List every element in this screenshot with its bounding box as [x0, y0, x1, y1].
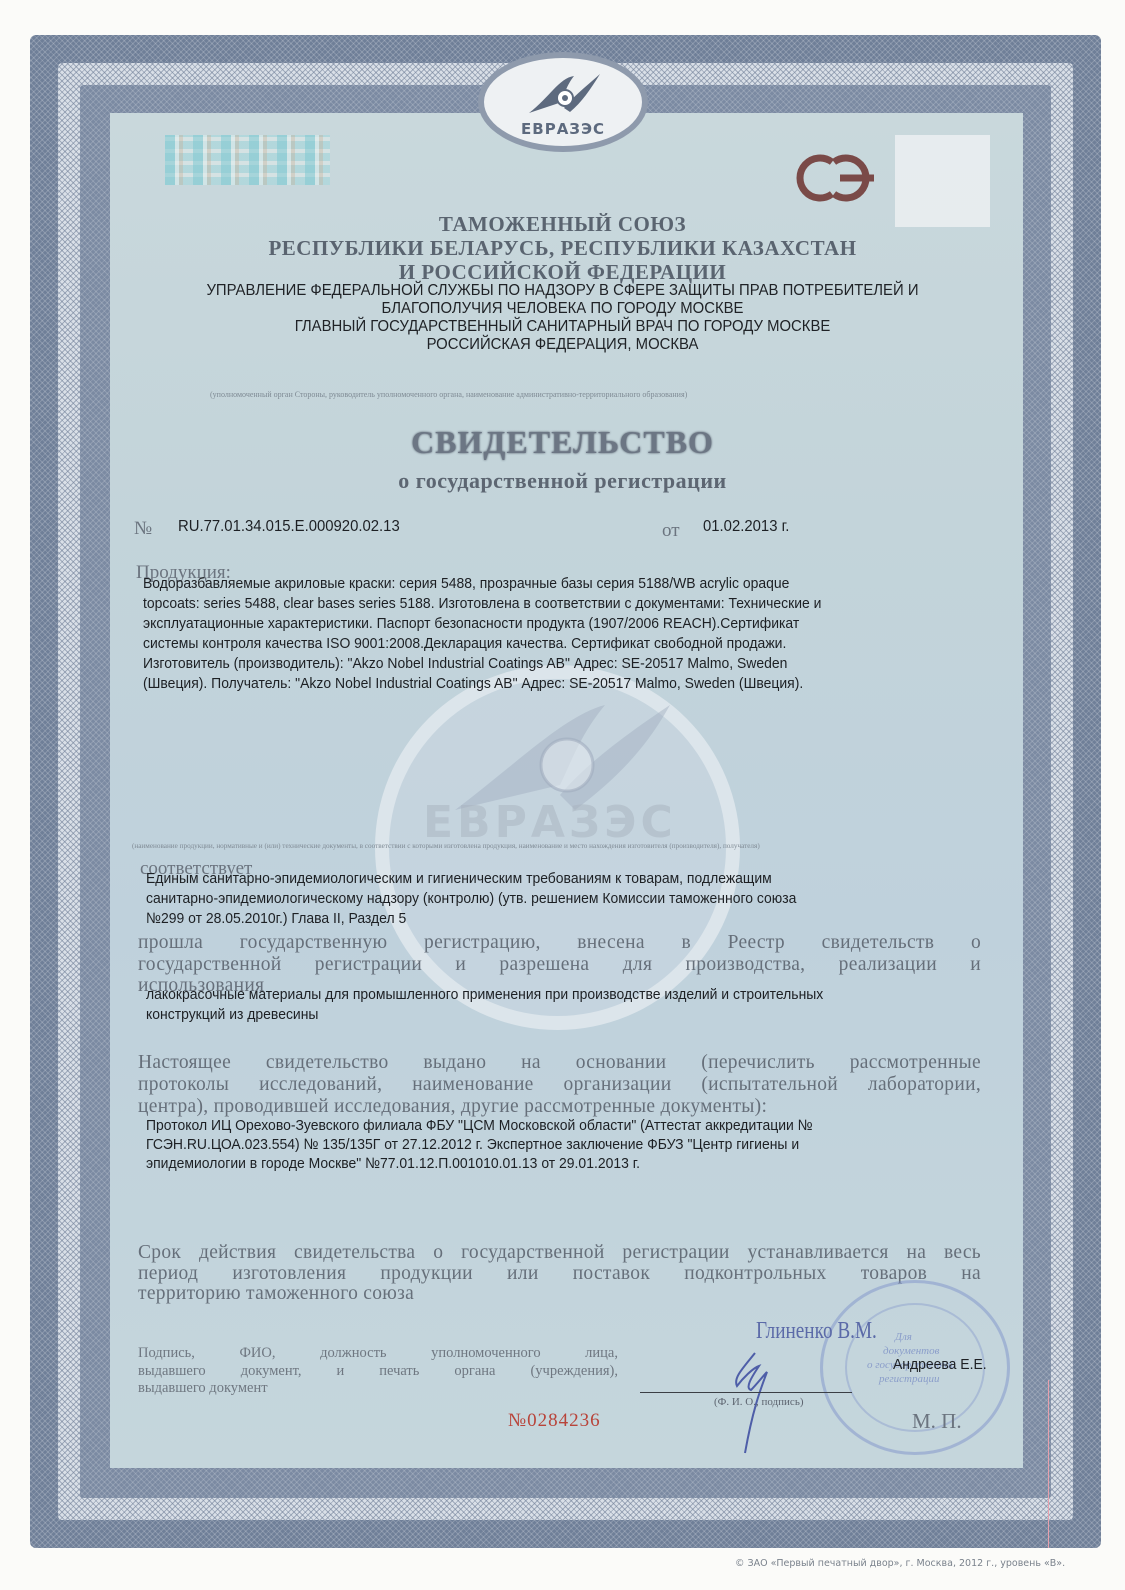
authority-caption: (уполномоченный орган Стороны, руководит… [210, 390, 687, 399]
registration-date: 01.02.2013 г. [703, 518, 789, 536]
basis-line-2: протоколы исследований, наименование орг… [138, 1074, 981, 1096]
certificate-title: СВИДЕТЕЛЬСТВО [0, 424, 1125, 461]
signature-label-line-1: Подпись, ФИО, должность уполномоченного … [138, 1345, 618, 1362]
authority-line-1: УПРАВЛЕНИЕ ФЕДЕРАЛЬНОЙ СЛУЖБЫ ПО НАДЗОРУ… [39, 282, 1085, 300]
signature-line [640, 1392, 852, 1393]
union-title-line-1: ТАМОЖЕННЫЙ СОЮЗ [0, 212, 1125, 237]
security-thread-line [1048, 1380, 1049, 1548]
product-caption: (наименование продукции, нормативные и (… [132, 842, 760, 850]
hologram-strip [165, 135, 330, 185]
signer-name: Андреева Е.Е. [893, 1356, 987, 1373]
usage-line-2: конструкций из древесины [146, 1006, 318, 1023]
number-label: № [134, 518, 152, 540]
authority-line-4: РОССИЙСКАЯ ФЕДЕРАЦИЯ, МОСКВА [39, 336, 1085, 354]
product-line-2: topcoats: series 5488, clear bases serie… [143, 595, 821, 612]
certificate-subtitle: о государственной регистрации [0, 468, 1125, 494]
union-title-line-2: РЕСПУБЛИКИ БЕЛАРУСЬ, РЕСПУБЛИКИ КАЗАХСТА… [0, 236, 1125, 261]
eurasec-watermark: ЕВРАЗЭС [375, 665, 740, 860]
basis-document-line-2: ГСЭН.RU.ЦОА.023.554) № 135/135Г от 27.12… [146, 1136, 799, 1153]
authority-line-3: ГЛАВНЫЙ ГОСУДАРСТВЕННЫЙ САНИТАРНЫЙ ВРАЧ … [39, 318, 1085, 336]
ink-stamp-name: Глиненко В.М. [756, 1318, 877, 1345]
se-conformity-mark-icon [790, 150, 886, 211]
registration-statement-line-2: государственной регистрации и разрешена … [138, 954, 981, 976]
basis-line-1: Настоящее свидетельство выдано на основа… [138, 1052, 981, 1074]
signature-label-line-2: выдавшего документ, и печать органа (учр… [138, 1363, 618, 1380]
signature-line-caption: (Ф. И. О., подпись) [714, 1396, 804, 1408]
product-line-6: (Швеция). Получатель: "Akzo Nobel Indust… [143, 675, 803, 692]
date-label: от [662, 520, 680, 542]
product-line-4: системы контроля качества ISO 9001:2008.… [143, 635, 786, 652]
emblem-label: ЕВРАЗЭС [521, 120, 605, 138]
eurasec-bird-icon [524, 68, 604, 118]
validity-line-1: Срок действия свидетельства о государств… [138, 1242, 981, 1264]
seal-place-label: М. П. [912, 1409, 962, 1434]
basis-document-line-1: Протокол ИЦ Орехово-Зуевского филиала ФБ… [146, 1117, 813, 1134]
compliance-line-3: №299 от 28.05.2010г.) Глава II, Раздел 5 [146, 910, 406, 927]
product-line-1: Водоразбавляемые акриловые краски: серия… [143, 575, 789, 592]
compliance-line-1: Единым санитарно-эпидемиологическим и ги… [146, 870, 772, 887]
product-line-3: эксплуатационные характеристики. Паспорт… [143, 615, 799, 632]
registration-statement-line-1: прошла государственную регистрацию, внес… [138, 932, 981, 954]
authority-line-2: БЛАГОПОЛУЧИЯ ЧЕЛОВЕКА ПО ГОРОДУ МОСКВЕ [39, 300, 1085, 318]
serial-number: №0284236 [508, 1410, 601, 1432]
eurasec-emblem: ЕВРАЗЭС [478, 52, 648, 152]
compliance-line-2: санитарно-эпидемиологическому надзору (к… [146, 890, 796, 907]
basis-document-line-3: эпидемиологии в городе Москве" №77.01.12… [146, 1155, 640, 1172]
validity-line-2: период изготовления продукции или постав… [138, 1263, 981, 1285]
product-line-5: Изготовитель (производитель): "Akzo Nobe… [143, 655, 787, 672]
signature-label-line-3: выдавшего документ [138, 1380, 618, 1397]
registration-number: RU.77.01.34.015.E.000920.02.13 [178, 518, 400, 536]
basis-line-3: центра), проводившей исследования, други… [138, 1096, 981, 1118]
printer-imprint: © ЗАО «Первый печатный двор», г. Москва,… [735, 1558, 1065, 1569]
usage-line-1: лакокрасочные материалы для промышленног… [146, 986, 823, 1003]
